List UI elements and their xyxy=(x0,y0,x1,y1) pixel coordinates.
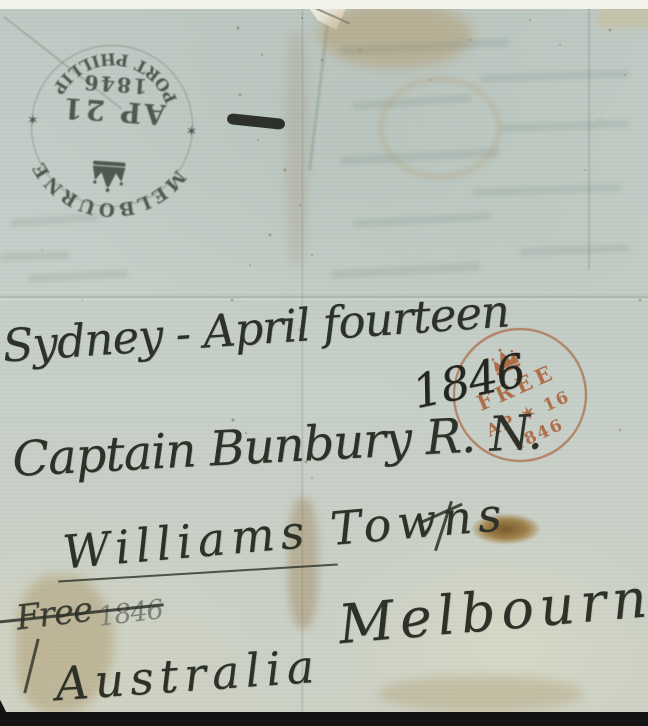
star-glyph-left: ✶ xyxy=(185,121,198,138)
postmark-graphic: MELBOURNE PORT PHILLIP ✶ ✶ AP 21 1846 xyxy=(3,17,221,235)
scanned-letter-photo: MELBOURNE PORT PHILLIP ✶ ✶ AP 21 1846 xyxy=(0,0,648,726)
melbourne-port-phillip-postmark: MELBOURNE PORT PHILLIP ✶ ✶ AP 21 1846 xyxy=(3,17,221,235)
scan-border-top xyxy=(0,0,648,9)
crown-icon xyxy=(91,160,126,193)
star-glyph-right: ✶ xyxy=(26,110,39,127)
scan-border-bottom xyxy=(0,712,648,726)
arrival-year: 1846 xyxy=(82,70,148,98)
